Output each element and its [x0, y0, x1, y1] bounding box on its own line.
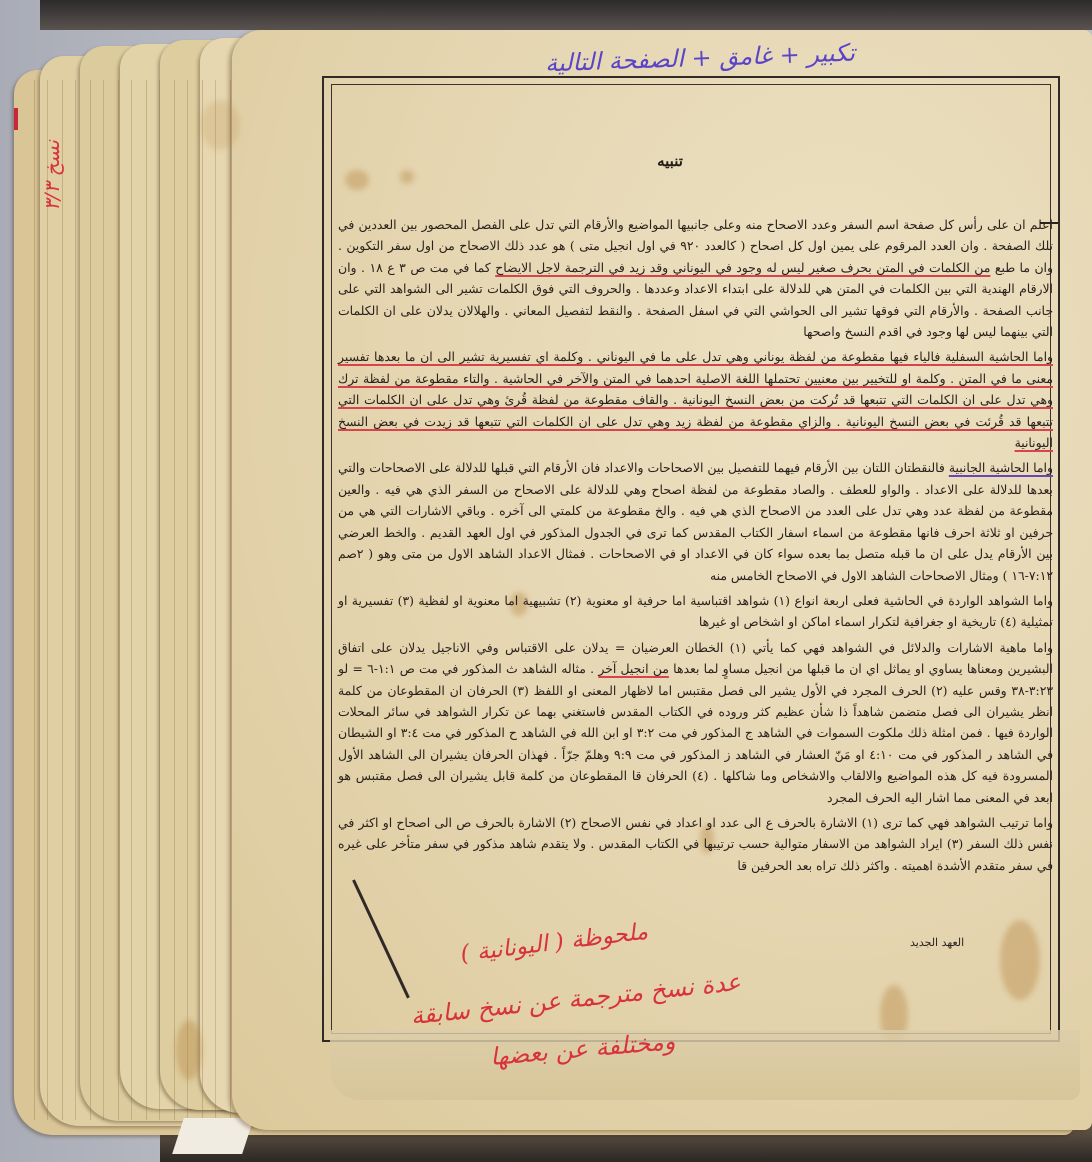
- paper-scrap: [172, 1118, 254, 1154]
- text-segment: . مثاله الشاهد ث المذكور في مت ص ١:١-٦ =…: [338, 661, 1053, 804]
- paragraph: اعلم ان على رأس كل صفحة اسم السفر وعدد ا…: [338, 214, 1053, 342]
- running-footer: العهد الجديد: [910, 936, 964, 949]
- underlined-text-red: من الكلمات في المتن بحرف صغير ليس له وجو…: [495, 260, 990, 275]
- paragraph: واما الحاشية السفلية فالياء فيها مقطوعة …: [338, 346, 1053, 453]
- paragraph: واما ماهية الاشارات والدلائل في الشواهد …: [338, 637, 1053, 808]
- handwritten-margin-note: نسخ ٣/٣: [40, 140, 64, 211]
- paragraph: واما ترتيب الشواهد فهي كما ترى (١) الاشا…: [338, 812, 1053, 876]
- foxing-stain: [176, 1020, 202, 1080]
- paragraph: واما الحاشية الجانبية فالنقطتان اللتان ب…: [338, 457, 1053, 585]
- underlined-text-purple: واما الحاشية الجانبية: [949, 460, 1053, 475]
- text-segment: واما الشواهد الواردة في الحاشية فعلى ارب…: [338, 593, 1053, 629]
- torn-page-bottom: [330, 1030, 1080, 1100]
- text-segment: واما ترتيب الشواهد فهي كما ترى (١) الاشا…: [338, 815, 1053, 873]
- underlined-text-red: واما الحاشية السفلية فالياء فيها مقطوعة …: [338, 349, 1053, 450]
- page-title: تنبيه: [600, 152, 740, 170]
- red-margin-mark: [14, 108, 18, 130]
- page-edges-texture: [20, 80, 260, 1120]
- book-cover-top-edge: [40, 0, 1092, 30]
- notice-body: اعلم ان على رأس كل صفحة اسم السفر وعدد ا…: [338, 214, 1053, 880]
- text-segment: فالنقطتان اللتان بين الأرقام فيهما للتفص…: [338, 460, 1053, 582]
- underlined-text-red: من انجيل آخر: [598, 661, 669, 676]
- foxing-stain: [200, 100, 240, 150]
- paragraph: واما الشواهد الواردة في الحاشية فعلى ارب…: [338, 590, 1053, 633]
